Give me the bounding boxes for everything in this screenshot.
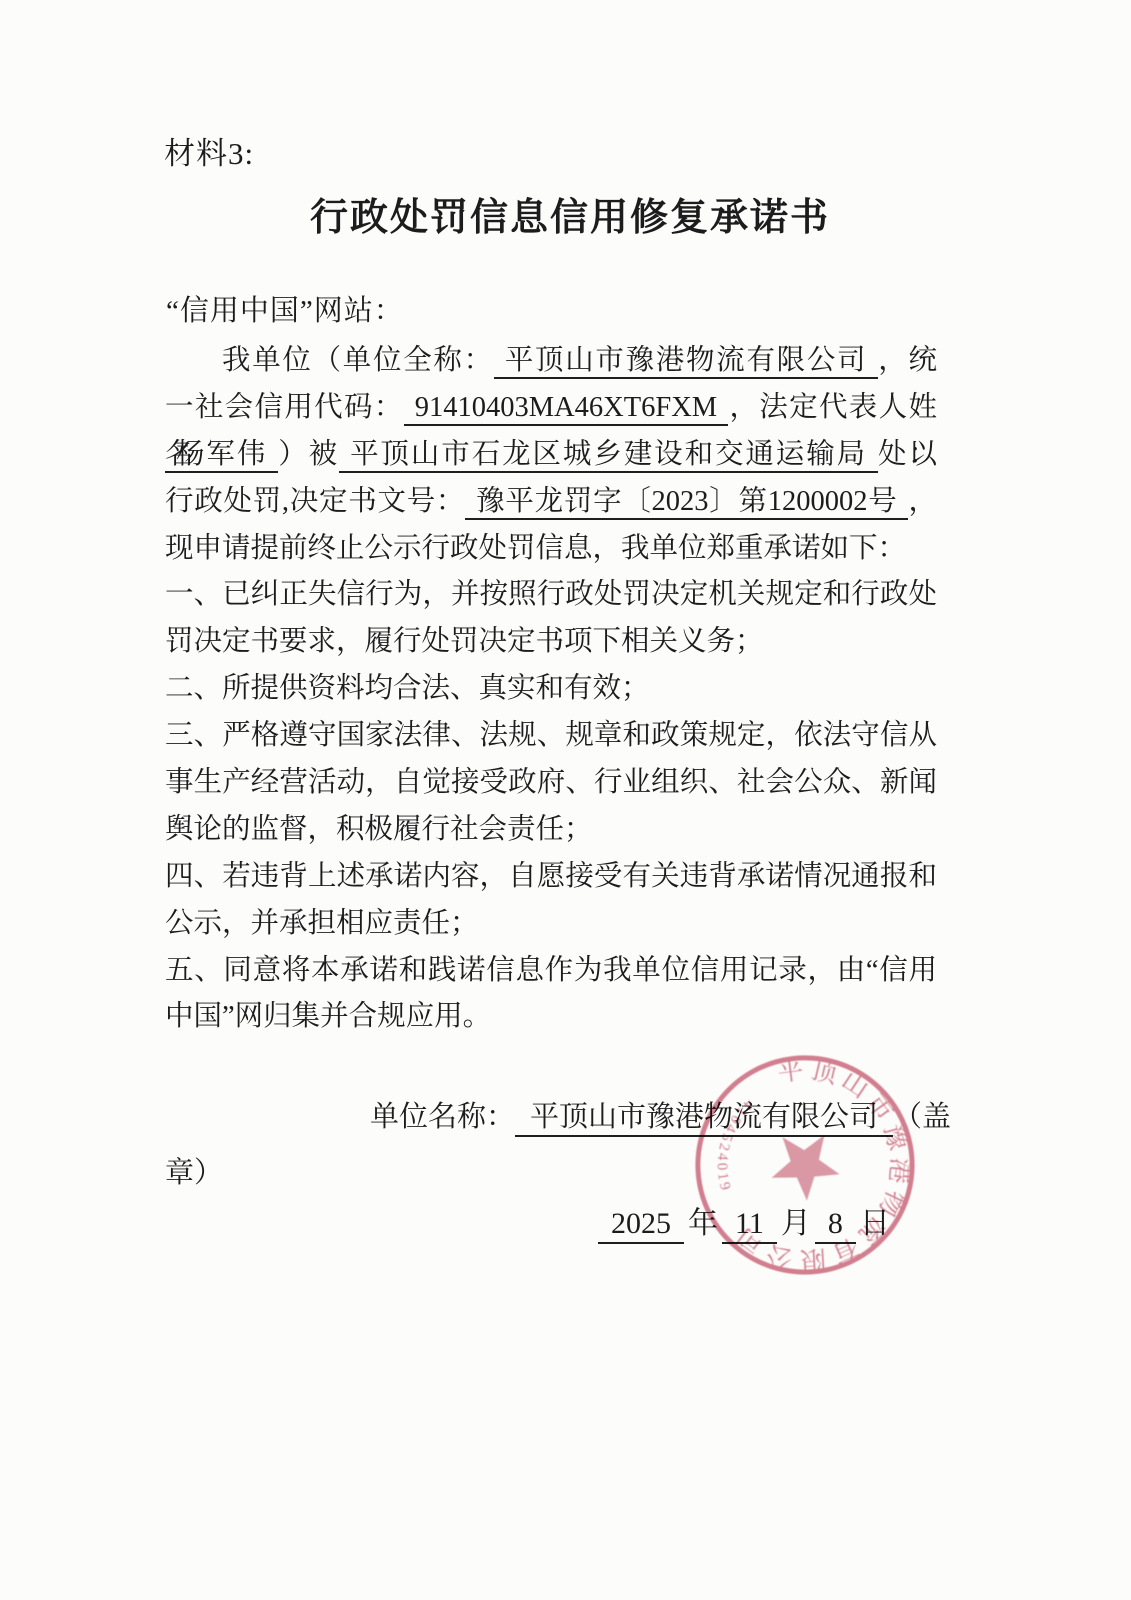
svg-text:平顶山市豫港物流有限公司: 平顶山市豫港物流有限公司 bbox=[722, 1046, 924, 1284]
body-line: 二、所提供资料均合法、真实和有效； bbox=[165, 666, 937, 713]
unit-name-line: 单位名称：平顶山市豫港物流有限公司（盖 bbox=[370, 1094, 951, 1135]
body-line: 一、已纠正失信行为，并按照行政处罚决定机关规定和行政处 bbox=[165, 572, 937, 619]
text-segment: 一社会信用代码： bbox=[165, 392, 404, 423]
date-day-value: 8 bbox=[815, 1207, 856, 1244]
text-segment: ）被 bbox=[278, 439, 339, 470]
text-segment: 三、严格遵守国家法律、法规、规章和政策规定，依法守信从 bbox=[165, 720, 937, 751]
text-segment: 事生产经营活动，自觉接受政府、行业组织、社会公众、新闻 bbox=[165, 767, 937, 798]
seal-ring bbox=[686, 1046, 924, 1284]
text-segment: 一、已纠正失信行为，并按照行政处罚决定机关规定和行政处 bbox=[165, 579, 937, 610]
text-segment: ，统 bbox=[878, 345, 937, 376]
date-month-label: 月 bbox=[781, 1207, 811, 1240]
seal-note-close: 章） bbox=[165, 1150, 223, 1191]
unit-name-label: 单位名称： bbox=[370, 1101, 515, 1133]
text-segment: 罚决定书要求，履行处罚决定书项下相关义务； bbox=[165, 626, 764, 657]
text-segment: 二、所提供资料均合法、真实和有效； bbox=[165, 673, 650, 704]
date-month-value: 11 bbox=[722, 1207, 777, 1244]
seal-star-icon bbox=[768, 1125, 848, 1207]
text-segment: ， bbox=[908, 486, 937, 517]
text-segment: 四、若违背上述承诺内容，自愿接受有关违背承诺情况通报和 bbox=[165, 861, 937, 892]
text-segment: 我单位（单位全称： bbox=[222, 345, 494, 376]
underlined-value: 平顶山市石龙区城乡建设和交通运输局 bbox=[339, 439, 878, 473]
body-line: 中国”网归集并合规应用。 bbox=[165, 994, 937, 1041]
date-day-label: 日 bbox=[860, 1207, 890, 1240]
underlined-value: 平顶山市豫港物流有限公司 bbox=[494, 345, 878, 379]
body-line: 行政处罚,决定书文号：豫平龙罚字〔2023〕第1200002号， bbox=[165, 479, 937, 526]
underlined-value: 91410403MA46XT6FXM bbox=[404, 392, 728, 426]
company-seal-stamp: 平顶山市豫港物流有限公司 4104524019 bbox=[686, 1046, 924, 1284]
text-segment: 现申请提前终止公示行政处罚信息，我单位郑重承诺如下： bbox=[165, 533, 906, 564]
page-title: 行政处罚信息信用修复承诺书 bbox=[310, 186, 830, 241]
date-year-value: 2025 bbox=[598, 1207, 684, 1244]
text-segment: 处以 bbox=[878, 439, 937, 470]
date-year-label: 年 bbox=[688, 1207, 718, 1240]
body-line: 杨军伟）被平顶山市石龙区城乡建设和交通运输局处以 bbox=[165, 432, 937, 479]
body-line: 舆论的监督，积极履行社会责任； bbox=[165, 807, 937, 854]
body-line: 五、同意将本承诺和践诺信息作为我单位信用记录，由“信用 bbox=[165, 948, 937, 995]
body-paragraph: 我单位（单位全称：平顶山市豫港物流有限公司，统一社会信用代码：91410403M… bbox=[165, 338, 937, 1041]
body-line: 事生产经营活动，自觉接受政府、行业组织、社会公众、新闻 bbox=[165, 760, 937, 807]
salutation-line: “信用中国”网站： bbox=[166, 288, 404, 329]
seal-company-text: 平顶山市豫港物流有限公司 bbox=[722, 1046, 924, 1284]
text-segment: 公示，并承担相应责任； bbox=[165, 908, 479, 939]
material-label: 材料3: bbox=[164, 128, 254, 173]
body-line: 三、严格遵守国家法律、法规、规章和政策规定，依法守信从 bbox=[165, 713, 937, 760]
seal-note-open: （盖 bbox=[893, 1101, 951, 1133]
seal-graphic: 平顶山市豫港物流有限公司 4104524019 bbox=[686, 1046, 924, 1284]
underlined-value: 杨军伟 bbox=[165, 439, 278, 473]
body-line: 现申请提前终止公示行政处罚信息，我单位郑重承诺如下： bbox=[165, 526, 937, 573]
text-segment: 行政处罚,决定书文号： bbox=[165, 486, 465, 517]
underlined-value: 豫平龙罚字〔2023〕第1200002号 bbox=[465, 486, 908, 520]
date-line: 2025年11月8日 bbox=[598, 1198, 894, 1242]
document-page: 材料3: 行政处罚信息信用修复承诺书 “信用中国”网站： 我单位（单位全称：平顶… bbox=[0, 0, 1131, 1600]
body-line: 一社会信用代码：91410403MA46XT6FXM，法定代表人姓名： bbox=[165, 385, 937, 432]
unit-name-value: 平顶山市豫港物流有限公司 bbox=[515, 1101, 893, 1137]
body-line: 我单位（单位全称：平顶山市豫港物流有限公司，统 bbox=[165, 338, 937, 385]
text-segment: 五、同意将本承诺和践诺信息作为我单位信用记录，由“信用 bbox=[165, 955, 937, 986]
text-segment: 舆论的监督，积极履行社会责任； bbox=[165, 814, 593, 845]
body-line: 罚决定书要求，履行处罚决定书项下相关义务； bbox=[165, 619, 937, 666]
body-line: 四、若违背上述承诺内容，自愿接受有关违背承诺情况通报和 bbox=[165, 854, 937, 901]
text-segment: 中国”网归集并合规应用。 bbox=[165, 1001, 491, 1032]
body-line: 公示，并承担相应责任； bbox=[165, 901, 937, 948]
